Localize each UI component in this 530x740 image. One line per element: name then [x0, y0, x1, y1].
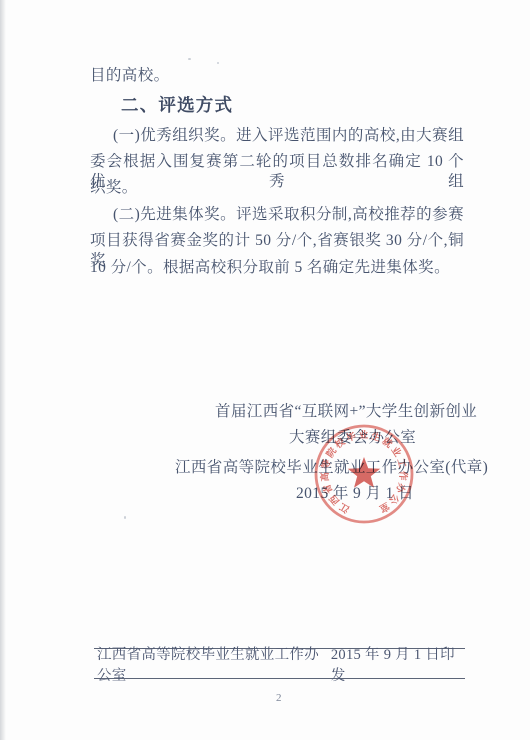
scan-speck [124, 516, 126, 519]
paragraph1-line2: 委会根据入围复赛第二轮的项目总数排名确定 10 个优秀组 [90, 152, 464, 192]
signature-org-line1: 首届江西省“互联网+”大学生创新创业 [215, 402, 477, 422]
official-seal: 江西省高等院校毕业生就业工作办公室 [0, 0, 530, 740]
section-heading: 二、评选方式 [121, 95, 233, 115]
signature-org-line3: 江西省高等院校毕业生就业工作办公室(代章) [175, 458, 488, 478]
scan-edge-shadow [0, 0, 6, 740]
paragraph2-line1: (二)先进集体奖。评选采取积分制,高校推荐的参赛 [113, 205, 464, 225]
scan-speck [217, 62, 219, 64]
page-number: 2 [276, 692, 282, 704]
footer-issuer: 江西省高等院校毕业生就业工作办公室 [97, 643, 331, 685]
signature-date: 2015 年 9 月 1 日 [296, 484, 414, 504]
footer-print-date: 2015 年 9 月 1 日印发 [331, 643, 460, 685]
paragraph2-line3: 10 分/个。根据高校积分取前 5 名确定先进集体奖。 [90, 258, 450, 278]
document-page: 目的高校。 二、评选方式 (一)优秀组织奖。进入评选范围内的高校,由大赛组 委会… [0, 0, 530, 740]
paragraph1-line1: (一)优秀组织奖。进入评选范围内的高校,由大赛组 [113, 126, 464, 146]
paragraph1-line3: 织奖。 [90, 178, 138, 198]
scan-speck [188, 58, 191, 60]
footer-imprint-bar: 江西省高等院校毕业生就业工作办公室 2015 年 9 月 1 日印发 [94, 648, 465, 679]
body-intro-line: 目的高校。 [90, 66, 170, 86]
signature-org-line2: 大赛组委会办公室 [289, 428, 416, 448]
